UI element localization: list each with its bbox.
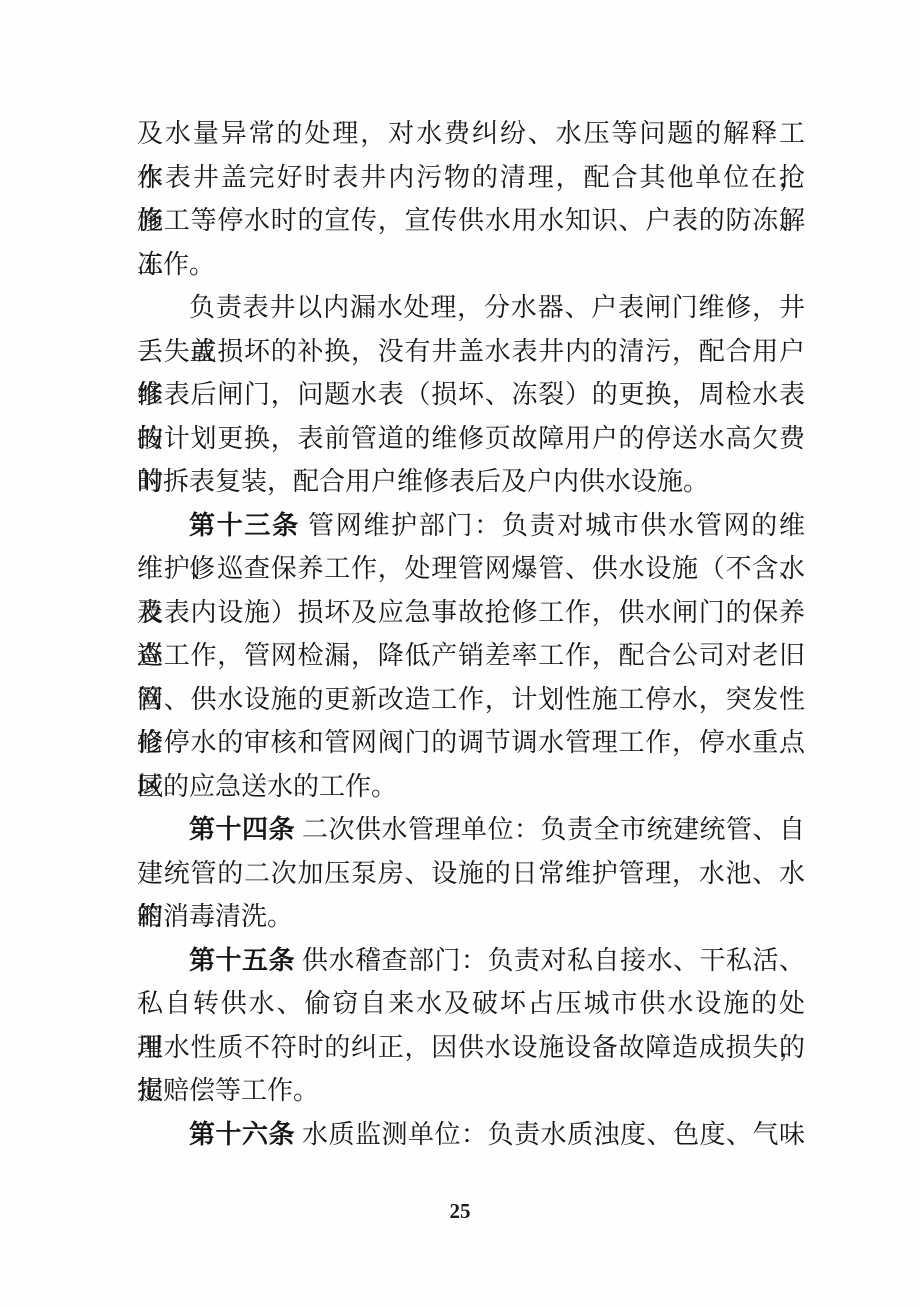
article-heading: 第十三条	[189, 511, 300, 540]
article-heading: 第十四条	[189, 815, 295, 844]
page-number: 25	[0, 1199, 920, 1224]
text-line: 网、供水设施的更新改造工作，计划性施工停水，突发性抢	[137, 678, 805, 722]
text-line: 修停水的审核和管网阀门的调节调水管理工作，停水重点区	[137, 721, 805, 765]
text-line: 私自转供水、偷窃自来水及破坏占压城市供水设施的处理，	[137, 982, 805, 1026]
text-line: 查工作，管网检漏，降低产销差率工作，配合公司对老旧管	[137, 634, 805, 678]
text-line: 及表内设施）损坏及应急事故抢修工作，供水闸门的保养巡	[137, 591, 805, 635]
text-line: 的消毒清洗。	[137, 895, 805, 939]
text-line: 工作。	[137, 243, 805, 287]
article-heading: 第十六条	[189, 1120, 295, 1149]
text-line: 的拆表复装，配合用户维修表后及户内供水设施。	[137, 460, 805, 504]
text-line: 第十四条 二次供水管理单位：负责全市统建统管、自	[137, 808, 805, 852]
text-line: 施工等停水时的宣传，宣传供水用水知识、户表的防冻解冻	[137, 199, 805, 243]
text-line: 维护、巡查保养工作，处理管网爆管、供水设施（不含水表	[137, 547, 805, 591]
text-line: 第十六条 水质监测单位：负责水质浊度、色度、气味	[137, 1113, 805, 1157]
document-page: 及水量异常的处理，对水费纠纷、水压等问题的解释工作，水表井盖完好时表井内污物的清…	[0, 0, 920, 1307]
text-line: 第十五条 供水稽查部门：负责对私自接水、干私活、	[137, 939, 805, 983]
text-line: 及水量异常的处理，对水费纠纷、水压等问题的解释工作，	[137, 112, 805, 156]
text-line: 丢失或损坏的补换，没有井盖水表井内的清污，配合用户维	[137, 330, 805, 374]
text-line: 用水性质不符时的纠正，因供水设施设备故障造成损失的定	[137, 1026, 805, 1070]
article-heading: 第十五条	[189, 946, 295, 975]
text-line: 水表井盖完好时表井内污物的清理，配合其他单位在抢修、	[137, 156, 805, 200]
text-line: 修表后闸门，问题水表（损坏、冻裂）的更换，周检水表的	[137, 373, 805, 417]
text-line: 按计划更换，表前管道的维修页故障用户的停送水高欠费时	[137, 417, 805, 461]
text-line: 损赔偿等工作。	[137, 1069, 805, 1113]
text-line: 域的应急送水的工作。	[137, 765, 805, 809]
text-line: 负责表井以内漏水处理，分水器、户表闸门维修，井盖	[137, 286, 805, 330]
text-block: 及水量异常的处理，对水费纠纷、水压等问题的解释工作，水表井盖完好时表井内污物的清…	[137, 112, 805, 1156]
text-line: 第十三条 管网维护部门：负责对城市供水管网的维修、	[137, 504, 805, 548]
text-line: 建统管的二次加压泵房、设施的日常维护管理，水池、水箱	[137, 852, 805, 896]
